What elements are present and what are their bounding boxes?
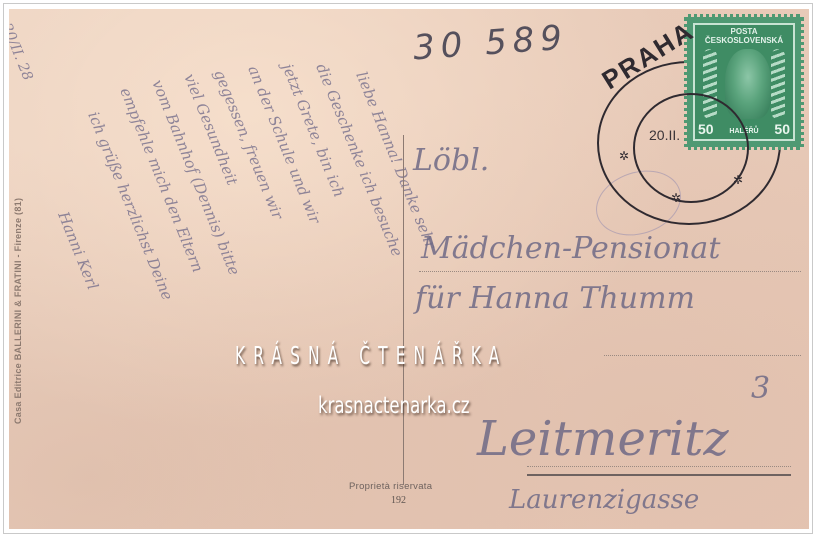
center-divider (403, 135, 404, 485)
address-dotted-line-2 (604, 355, 801, 356)
stamp-country-line1: POSTA (695, 27, 793, 36)
reference-number: 30 589 (412, 18, 569, 69)
watermark-url: krasnactenarka.cz (318, 393, 470, 419)
plate-number: 192 (391, 495, 406, 506)
publisher-imprint: Casa Editrice BALLERINI & FRATINI - Fire… (13, 198, 23, 424)
rights-notice: Proprietà riservata (349, 481, 432, 492)
address-city: Leitmeritz (477, 411, 729, 467)
address-line-2: für Hanna Thumm (415, 281, 695, 316)
laurel-icon (771, 49, 785, 119)
address-line-1: Mädchen-Pensionat (421, 231, 720, 266)
watermark-title: KRÁSNÁ ČTENÁŘKA (235, 341, 507, 370)
address-underline (527, 474, 791, 476)
postmark-star-icon: ✲ (733, 173, 743, 187)
postmark-inner-ring (633, 93, 749, 203)
message-line: Hanni Kerl (54, 209, 102, 292)
address-dotted-line-3 (527, 466, 791, 467)
postmark-date: 20.II. (649, 127, 680, 143)
handwritten-message: 20/II. 28 liebe Hanna! Danke sehr die Ge… (29, 59, 404, 519)
message-date: 20/II. 28 (9, 21, 36, 83)
address-district: 3 (751, 371, 770, 406)
postcard-back: Casa Editrice BALLERINI & FRATINI - Fire… (9, 9, 809, 529)
address-salutation: Löbl. (413, 143, 489, 178)
address-street: Laurenzigasse (509, 485, 699, 515)
postmark-star-icon: ✲ (619, 149, 629, 163)
postmark-star-icon: ✲ (671, 191, 681, 205)
address-dotted-line-1 (419, 271, 801, 272)
stamp-value-right: 50 (774, 121, 790, 137)
stamp-country-line2: ČESKOSLOVENSKÁ (695, 36, 793, 45)
